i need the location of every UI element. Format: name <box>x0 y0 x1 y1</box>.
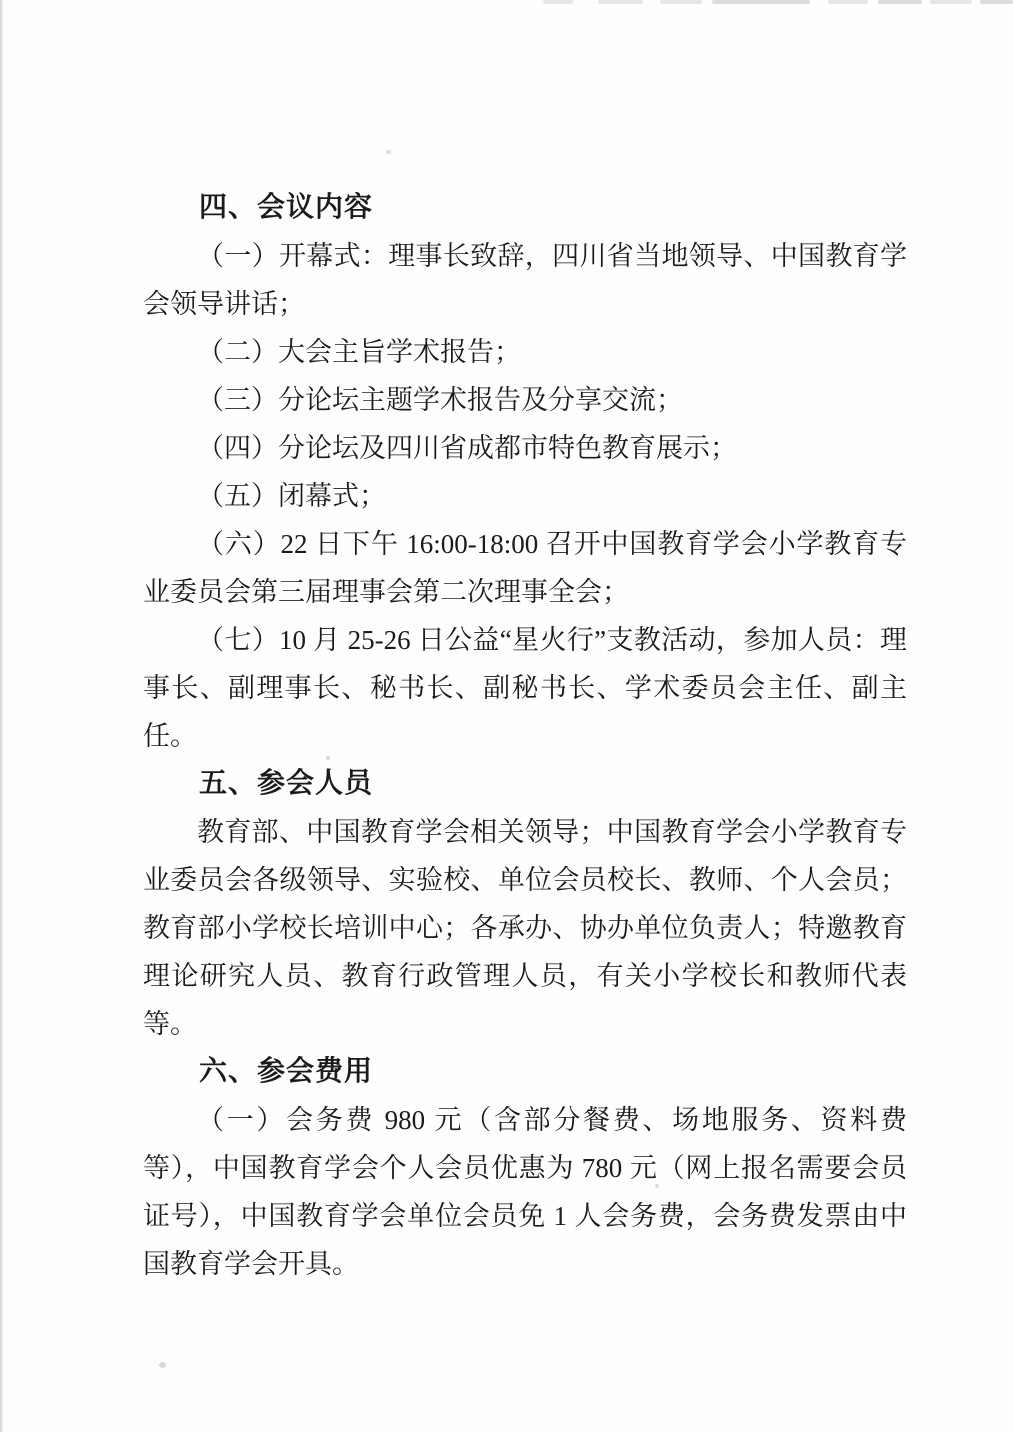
scan-artifact <box>930 0 972 4</box>
scan-artifact <box>828 0 868 4</box>
scan-speck <box>159 1362 166 1368</box>
scan-speck <box>386 150 391 154</box>
body-paragraph: （二）大会主旨学术报告； <box>143 328 907 376</box>
scan-artifact <box>660 0 702 4</box>
scan-artifact <box>980 0 1013 4</box>
document-body: 四、会议内容（一）开幕式：理事长致辞，四川省当地领导、中国教育学会领导讲话；（二… <box>143 184 907 1288</box>
section-heading: 五、参会人员 <box>143 760 907 808</box>
scan-artifact <box>543 0 573 4</box>
body-paragraph: （七）10 月 25-26 日公益“星火行”支教活动，参加人员：理事长、副理事长… <box>143 616 907 760</box>
section-heading: 四、会议内容 <box>143 184 907 232</box>
scan-edge-line <box>0 0 3 1432</box>
scan-artifact <box>712 0 810 4</box>
body-paragraph: （五）闭幕式； <box>143 472 907 520</box>
document-page: 四、会议内容（一）开幕式：理事长致辞，四川省当地领导、中国教育学会领导讲话；（二… <box>0 0 1013 1432</box>
section-heading: 六、参会费用 <box>143 1048 907 1096</box>
body-paragraph: （三）分论坛主题学术报告及分享交流； <box>143 376 907 424</box>
body-paragraph: （六）22 日下午 16:00-18:00 召开中国教育学会小学教育专业委员会第… <box>143 520 907 616</box>
body-paragraph: （一）会务费 980 元（含部分餐费、场地服务、资料费等），中国教育学会个人会员… <box>143 1096 907 1288</box>
body-paragraph: （一）开幕式：理事长致辞，四川省当地领导、中国教育学会领导讲话； <box>143 232 907 328</box>
scan-artifact <box>878 0 922 4</box>
body-paragraph: 教育部、中国教育学会相关领导；中国教育学会小学教育专业委员会各级领导、实验校、单… <box>143 808 907 1048</box>
body-paragraph: （四）分论坛及四川省成都市特色教育展示； <box>143 424 907 472</box>
scan-artifact <box>598 0 643 4</box>
